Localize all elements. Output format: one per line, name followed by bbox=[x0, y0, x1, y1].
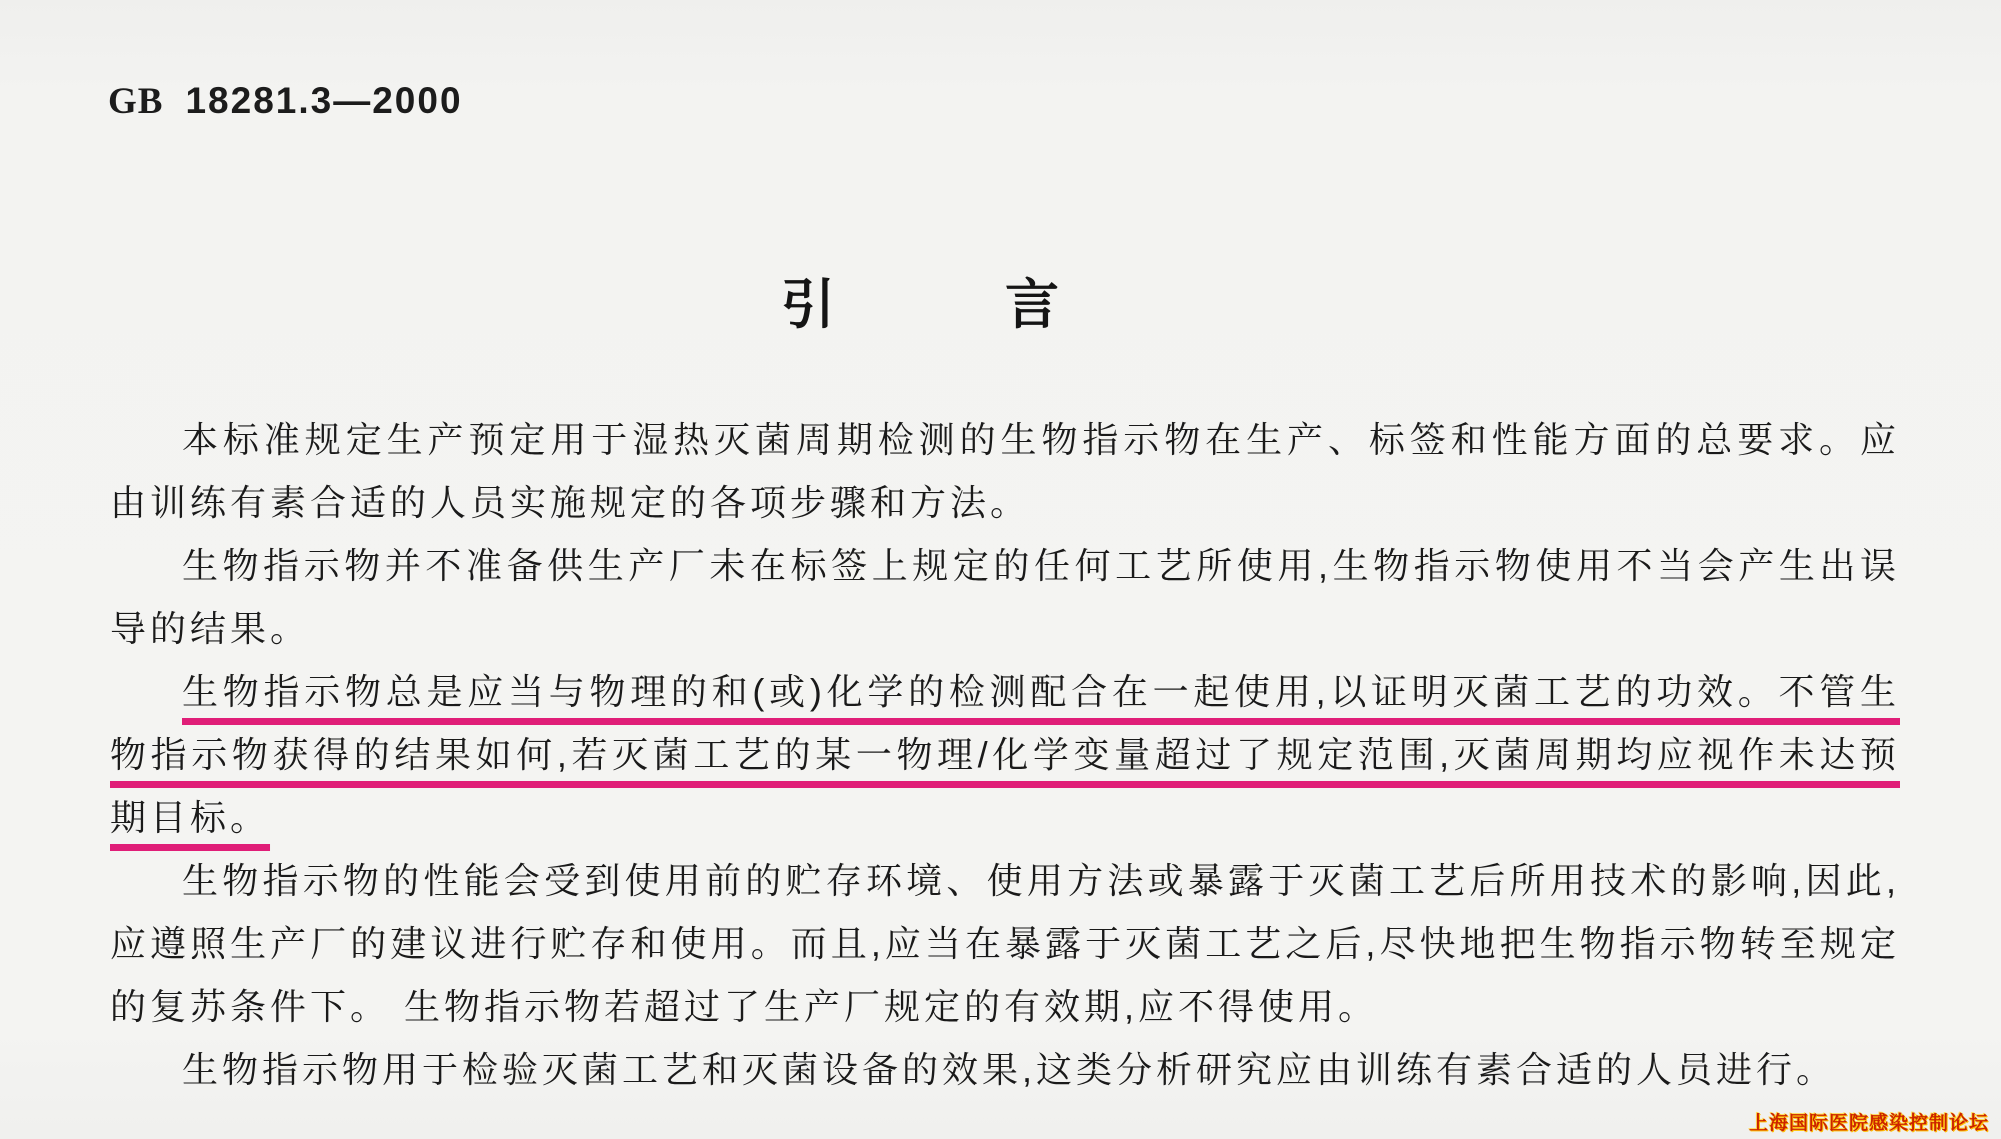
standard-org-code: GB bbox=[108, 81, 163, 122]
document-body: 本标准规定生产预定用于湿热灭菌周期检测的生物指示物在生产、标签和性能方面的总要求… bbox=[110, 408, 1900, 1101]
scanned-document-page: GB18281.3—2000 引言 本标准规定生产预定用于湿热灭菌周期检测的生物… bbox=[0, 0, 2001, 1139]
standard-number: 18281.3—2000 bbox=[185, 80, 462, 121]
paragraph-scope: 本标准规定生产预定用于湿热灭菌周期检测的生物指示物在生产、标签和性能方面的总要求… bbox=[110, 408, 1900, 534]
forum-watermark: 上海国际医院感染控制论坛 bbox=[1749, 1108, 1989, 1135]
paragraph-highlighted-underlined: 生物指示物总是应当与物理的和(或)化学的检测配合在一起使用,以证明灭菌工艺的功效… bbox=[110, 660, 1900, 849]
title-char-left: 引 bbox=[781, 275, 835, 335]
title-char-right: 言 bbox=[1005, 275, 1059, 335]
section-title: 引言 bbox=[0, 262, 1840, 339]
paragraph-usage-warning: 生物指示物并不准备供生产厂未在标签上规定的任何工艺所使用,生物指示物使用不当会产… bbox=[110, 534, 1900, 660]
paragraph-storage-conditions: 生物指示物的性能会受到使用前的贮存环境、使用方法或暴露于灭菌工艺后所用技术的影响… bbox=[110, 849, 1900, 1038]
standard-number-header: GB18281.3—2000 bbox=[108, 80, 463, 123]
paragraph-personnel: 生物指示物用于检验灭菌工艺和灭菌设备的效果,这类分析研究应由训练有素合适的人员进… bbox=[110, 1038, 1900, 1101]
